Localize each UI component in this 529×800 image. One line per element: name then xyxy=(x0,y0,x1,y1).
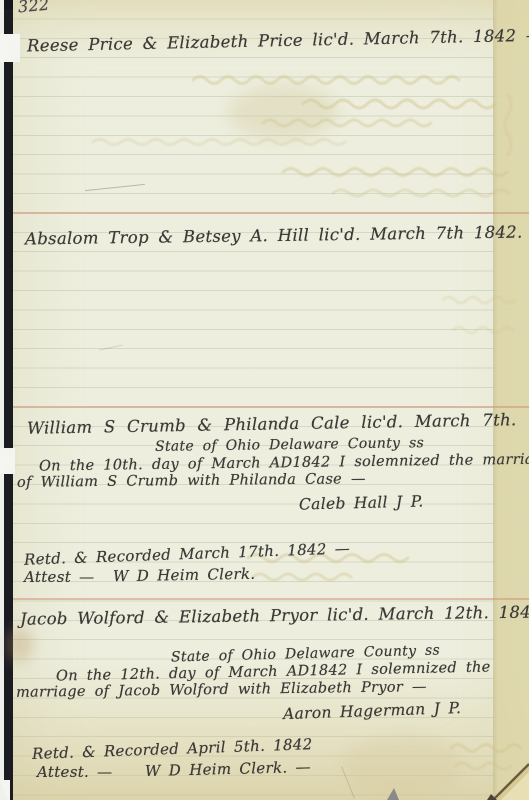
clerk-signature: W D Heim Clerk. xyxy=(113,565,256,585)
page-number: 322 xyxy=(17,0,50,16)
red-rule-line xyxy=(13,598,529,600)
paper-edge-notch xyxy=(0,448,15,474)
paper-edge-notch xyxy=(0,780,10,800)
ledger-paper: 322 Reese Price & Elizabeth Price lic'd.… xyxy=(13,0,529,800)
attest-label: Attest. — xyxy=(37,763,112,781)
red-rule-line xyxy=(13,406,529,408)
edge-tear-mark xyxy=(385,788,401,800)
corner-curl xyxy=(487,754,529,800)
officiant-signature: Caleb Hall J P. xyxy=(299,492,424,513)
red-rule-line xyxy=(13,212,529,214)
paper-edge-notch xyxy=(0,34,20,62)
attest-label: Attest — xyxy=(24,568,94,586)
scanned-record-page: 322 Reese Price & Elizabeth Price lic'd.… xyxy=(0,0,529,800)
book-binding-edge xyxy=(4,0,13,800)
